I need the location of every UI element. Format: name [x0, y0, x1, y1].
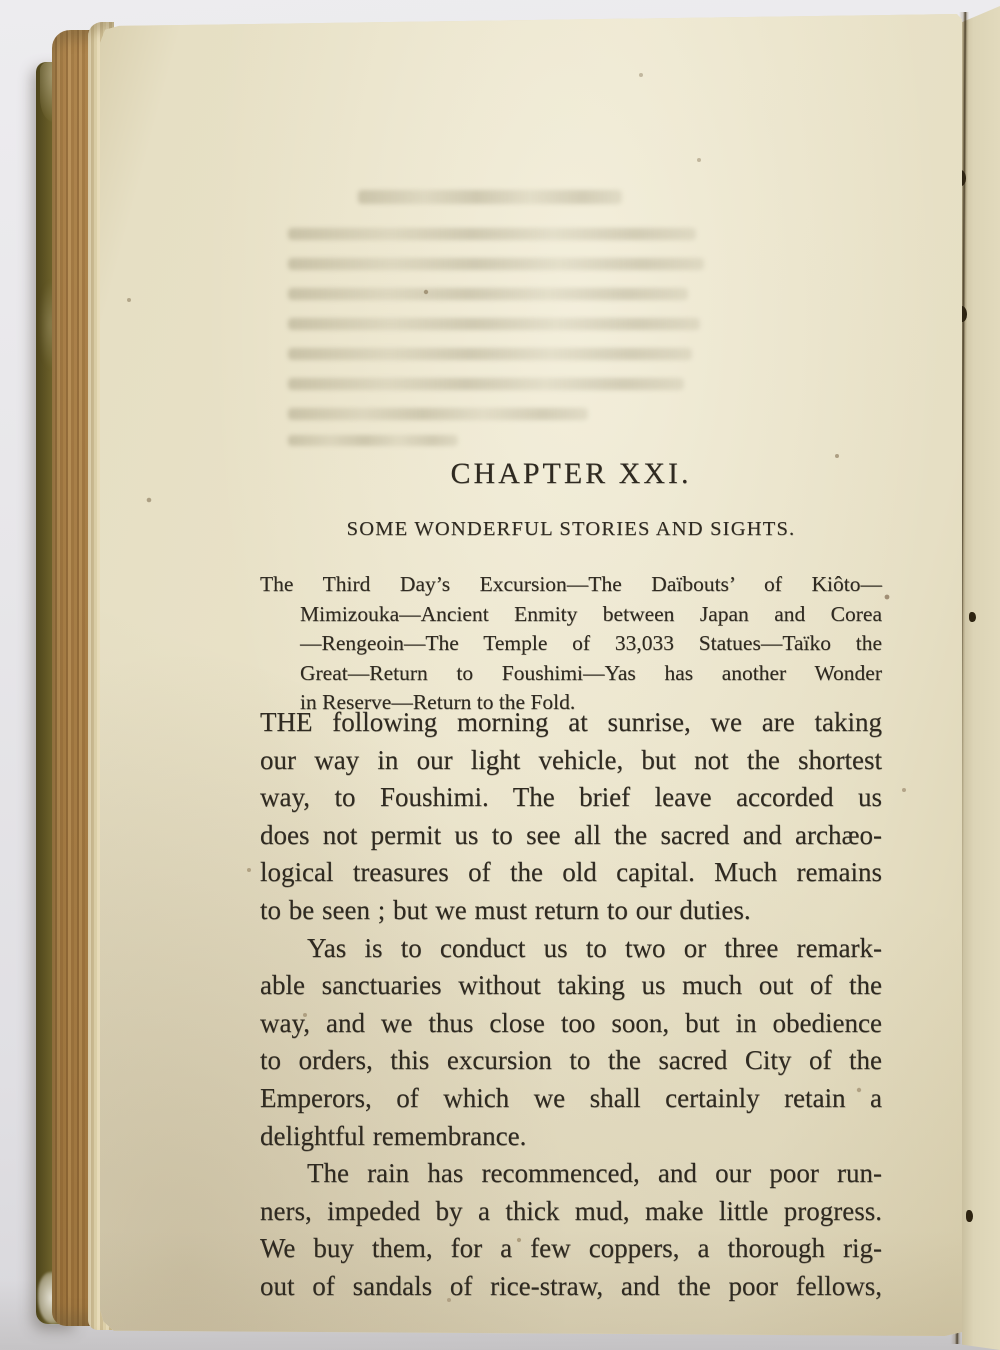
gutter-paper-chip [969, 612, 976, 622]
body-text: THE following morning at sunrise, we are… [260, 704, 882, 1306]
text-line: way, to Foushimi. The brief leave accord… [260, 779, 882, 817]
book-page: CHAPTER XXI. SOME WONDERFUL STORIES AND … [100, 14, 962, 1336]
synopsis-line: Mimizouka—Ancient Enmity between Japan a… [260, 600, 882, 630]
text-line: to be seen ; but we must return to our d… [260, 892, 882, 930]
paragraph: Yas is to conduct us to two or three rem… [260, 930, 882, 1156]
paragraph: THE following morning at sunrise, we are… [260, 704, 882, 930]
section-heading: SOME WONDERFUL STORIES AND SIGHTS. [260, 518, 882, 541]
text-line: Yas is to conduct us to two or three rem… [260, 930, 882, 968]
text-line: Emperors, of which we shall certainly re… [260, 1080, 882, 1118]
gutter-paper-chip [966, 1210, 973, 1222]
text-line: to orders, this excursion to the sacred … [260, 1042, 882, 1080]
text-line: delightful remembrance. [260, 1118, 882, 1156]
text-line: able sanctuaries without taking us much … [260, 967, 882, 1005]
foxing-specks [100, 14, 102, 16]
synopsis-line: —Rengeoin—The Temple of 33,033 Statues—T… [260, 629, 882, 659]
synopsis-line: The Third Day’s Excursion—The Daïbouts’ … [260, 570, 882, 600]
text-line: way, and we thus close too soon, but in … [260, 1005, 882, 1043]
text-line: out of sandals of rice-straw, and the po… [260, 1268, 882, 1306]
paragraph: The rain has recommenced, and our poor r… [260, 1155, 882, 1305]
text-line: logical treasures of the old capital. Mu… [260, 854, 882, 892]
photo-backdrop: CHAPTER XXI. SOME WONDERFUL STORIES AND … [0, 0, 1000, 1350]
synopsis-line: Great—Return to Foushimi—Yas has another… [260, 659, 882, 689]
chapter-heading: CHAPTER XXI. [260, 457, 882, 491]
text-line: The rain has recommenced, and our poor r… [260, 1155, 882, 1193]
text-line: our way in our light vehicle, but not th… [260, 742, 882, 780]
text-line: THE following morning at sunrise, we are… [260, 704, 882, 742]
chapter-synopsis: The Third Day’s Excursion—The Daïbouts’ … [260, 570, 882, 718]
text-line: ners, impeded by a thick mud, make littl… [260, 1193, 882, 1231]
text-line: does not permit us to see all the sacred… [260, 817, 882, 855]
text-line: We buy them, for a few coppers, a thorou… [260, 1230, 882, 1268]
